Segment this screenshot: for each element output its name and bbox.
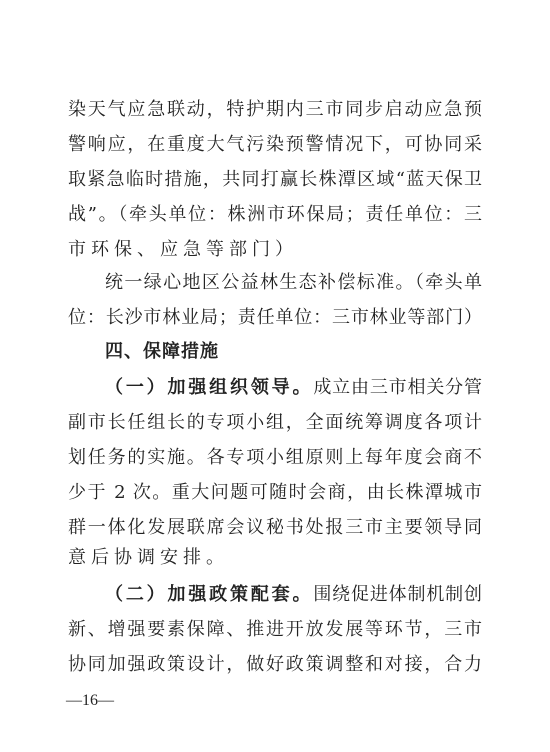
paragraph-line: 警响应，在重度大气污染预警情况下，可协同采 — [68, 133, 482, 157]
paragraph-line: 新、增强要素保障、推进开放发展等环节，三市 — [68, 618, 482, 642]
subsection-title: （二）加强政策配套。 — [105, 584, 313, 605]
paragraph-line: 协同加强政策设计，做好政策调整和对接，合力 — [68, 653, 482, 677]
paragraph-line: 染天气应急联动，特护期内三市同步启动应急预 — [68, 98, 482, 122]
paragraph-line: 取紧急临时措施，共同打赢长株潭区域“蓝天保卫 — [68, 168, 482, 192]
document-page: 染天气应急联动，特护期内三市同步启动应急预 警响应，在重度大气污染预警情况下，可… — [0, 0, 550, 752]
paragraph-line: 统一绿心地区公益林生态补偿标准。（牵头单 — [105, 271, 482, 295]
page-number: —16— — [66, 692, 114, 710]
paragraph-line: （一）加强组织领导。成立由三市相关分管 — [105, 376, 482, 400]
section-heading: 四、保障措施 — [105, 340, 482, 364]
paragraph-line: 意后协调安排。 — [68, 546, 482, 570]
paragraph-text: 成立由三市相关分管 — [313, 377, 482, 398]
paragraph-text: 围绕促进体制机制创 — [313, 584, 482, 605]
paragraph-line: 少于 2 次。重大问题可随时会商，由长株潭城市 — [68, 481, 482, 505]
paragraph-line: 划任务的实施。各专项小组原则上每年度会商不 — [68, 446, 482, 470]
paragraph-line: 市环保、应急等部门） — [68, 238, 482, 262]
paragraph-line: （二）加强政策配套。围绕促进体制机制创 — [105, 583, 482, 607]
subsection-title: （一）加强组织领导。 — [105, 377, 313, 398]
paragraph-line: 位：长沙市林业局；责任单位：三市林业等部门） — [68, 306, 482, 330]
paragraph-line: 副市长任组长的专项小组，全面统筹调度各项计 — [68, 411, 482, 435]
paragraph-line: 群一体化发展联席会议秘书处报三市主要领导同 — [68, 516, 482, 540]
paragraph-line: 战”。（牵头单位：株洲市环保局；责任单位：三 — [68, 203, 482, 227]
